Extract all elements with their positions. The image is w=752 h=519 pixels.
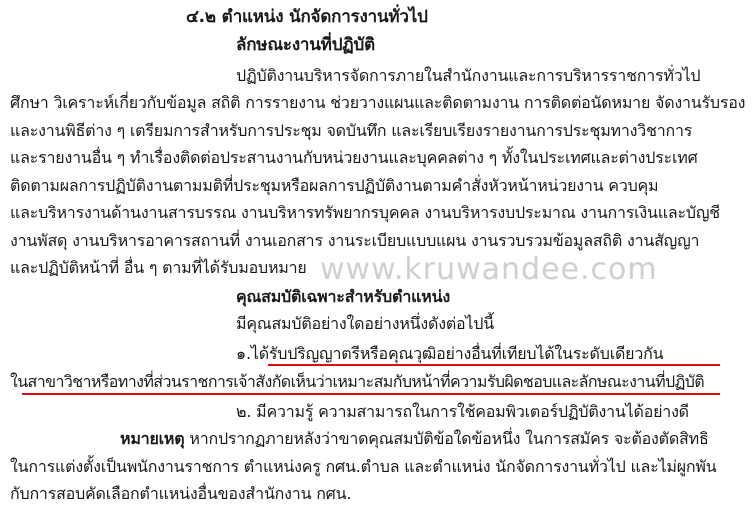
duties-line-8: และปฏิบัติหน้าที่ อื่น ๆ ตามที่ได้รับมอบ… [10,257,307,279]
note-text-1: หากปรากฏภายหลังว่าขาดคุณสมบัติข้อใดข้อหน… [184,429,708,448]
note-line-2: ในการแต่งตั้งเป็นพนักงานราชการ ตำแหน่งคร… [10,456,717,478]
note-line-1: หมายเหตุ หากปรากฏภายหลังว่าขาดคุณสมบัติข… [120,428,709,450]
qualification-2: ๒. มีความรู้ ความสามารถในการใช้คอมพิวเตอ… [236,401,689,423]
duties-line-7: งานพัสดุ งานบริหารอาคารสถานที่ งานเอกสาร… [10,230,699,252]
qualifications-intro: มีคุณสมบัติอย่างใดอย่างหนึ่งดังต่อไปนี้ [236,313,494,335]
watermark-text: www.kruwandee.com [320,252,658,287]
qualification-1-line-1: ๑.ได้รับปริญญาตรีหรือคุณวุฒิอย่างอื่นที่… [236,343,663,365]
duties-heading: ลักษณะงานที่ปฏิบัติ [236,34,375,56]
section-title: ๔.๒ ตำแหน่ง นักจัดการงานทั่วไป [186,6,428,28]
red-underline-2 [22,393,720,395]
duties-line-3: และงานพิธีต่าง ๆ เตรียมการสำหรับการประชุ… [10,120,692,142]
duties-line-5: ติดตามผลการปฏิบัติงานตามมติที่ประชุมหรือ… [10,175,658,197]
duties-line-6: และบริหารงานด้านงานสารบรรณ งานบริหารทรัพ… [10,202,720,224]
qualification-1-line-2: ในสาขาวิชาหรือทางที่ส่วนราชการเจ้าสังกัด… [10,371,704,393]
duties-line-4: และรายงานอื่น ๆ ทำเรื่องติดต่อประสานงานก… [10,147,698,169]
qualifications-heading: คุณสมบัติเฉพาะสำหรับตำแหน่ง [236,286,450,308]
duties-line-1: ปฏิบัติงานบริหารจัดการภายในสำนักงานและกา… [236,65,700,87]
note-line-3: กับการสอบคัดเลือกตำแหน่งอื่นของสำนักงาน … [10,483,351,505]
red-underline-1 [268,364,720,366]
note-label: หมายเหตุ [120,429,184,448]
duties-line-2: ศึกษา วิเคราะห์เกี่ยวกับข้อมูล สถิติ การ… [10,92,745,114]
